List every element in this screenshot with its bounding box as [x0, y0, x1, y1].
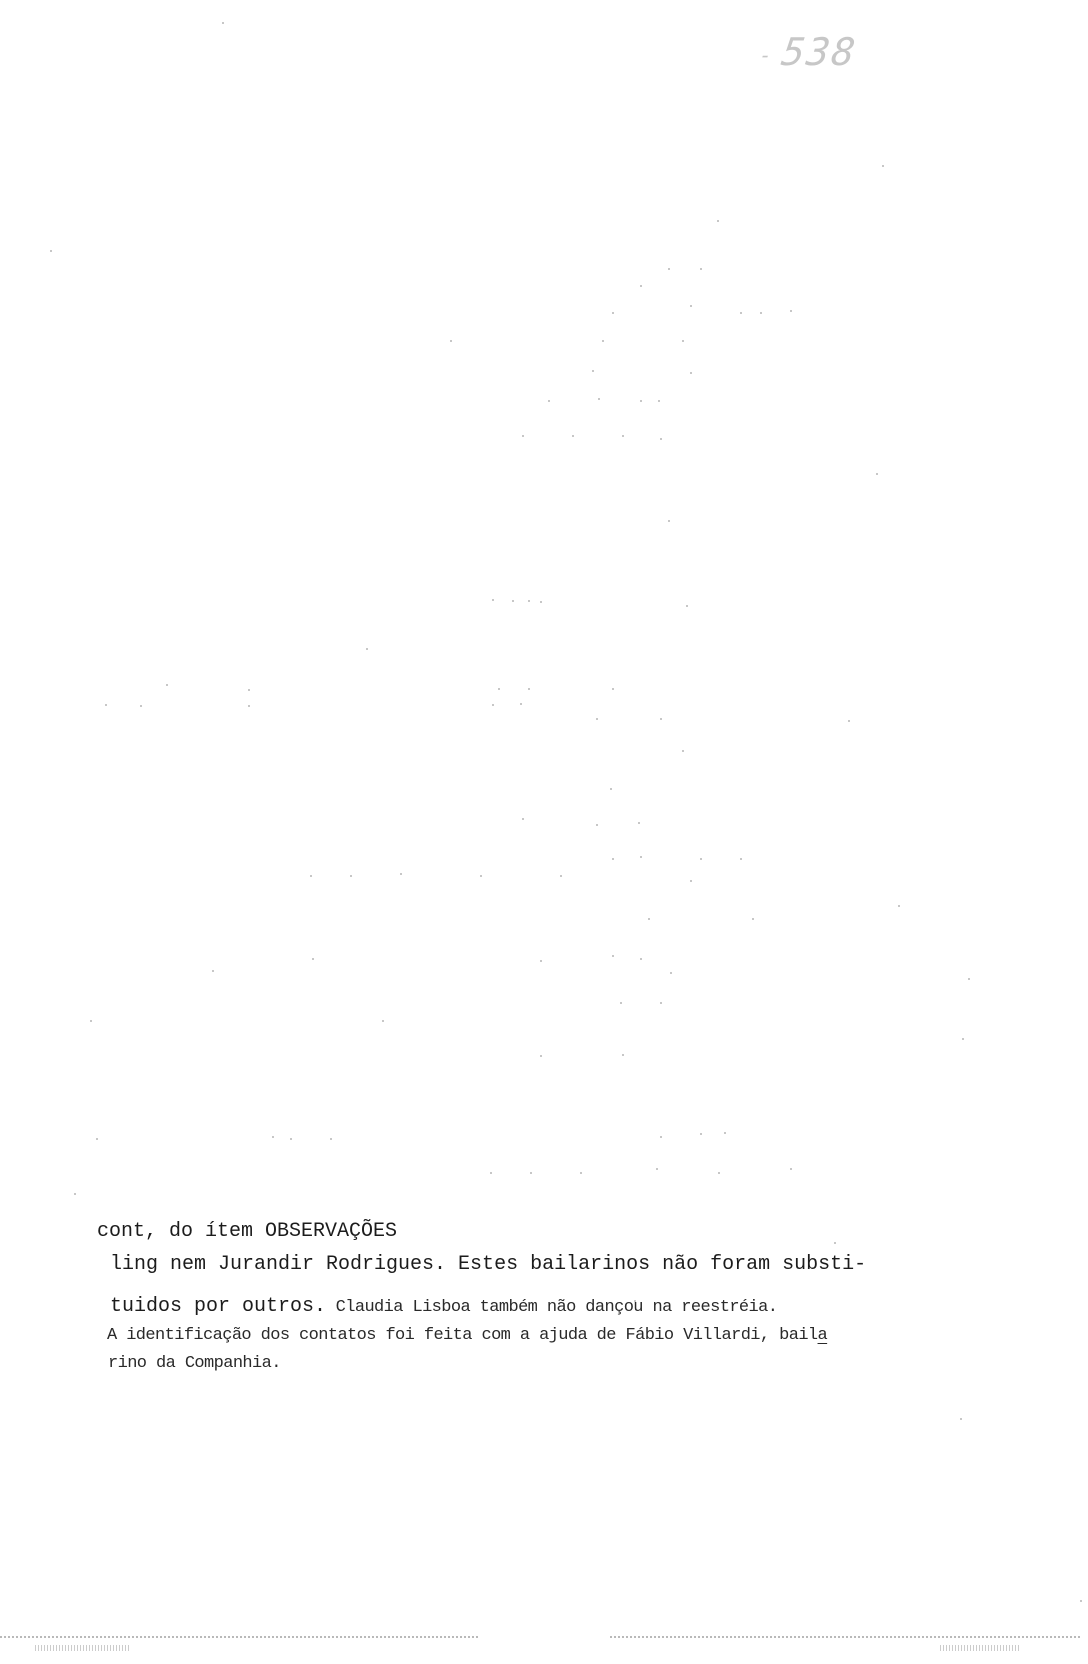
- text-line-2-typed: tuidos por outros.: [110, 1295, 326, 1318]
- page-number: 538: [779, 30, 860, 74]
- continuation-prefix: cont, do ítem: [97, 1220, 265, 1243]
- page-number-stamp: -538: [757, 30, 860, 74]
- scan-edge-right: [610, 1636, 1080, 1638]
- text-line-3-underlined: a: [818, 1326, 828, 1345]
- continuation-heading: cont, do ítem OBSERVAÇÕES: [97, 1222, 397, 1242]
- text-line-3: A identificação dos contatos foi feita c…: [107, 1327, 827, 1344]
- text-line-1: ling nem Jurandir Rodrigues. Estes baila…: [110, 1255, 866, 1275]
- stamp-dash: -: [758, 43, 775, 67]
- text-line-4: rino da Companhia.: [108, 1355, 281, 1372]
- section-label-observacoes: OBSERVAÇÕES: [265, 1220, 397, 1243]
- scan-edge-left: [0, 1636, 480, 1638]
- document-page: -538: [0, 0, 1088, 1664]
- text-line-2-addendum: Claudia Lisboa também não dançou na rees…: [326, 1298, 777, 1317]
- text-line-3-main: A identificação dos contatos foi feita c…: [107, 1326, 818, 1345]
- scan-edge-mark-right: [940, 1645, 1020, 1651]
- scan-edge-mark-left: [35, 1645, 130, 1651]
- text-line-2: tuidos por outros. Claudia Lisboa também…: [110, 1297, 777, 1317]
